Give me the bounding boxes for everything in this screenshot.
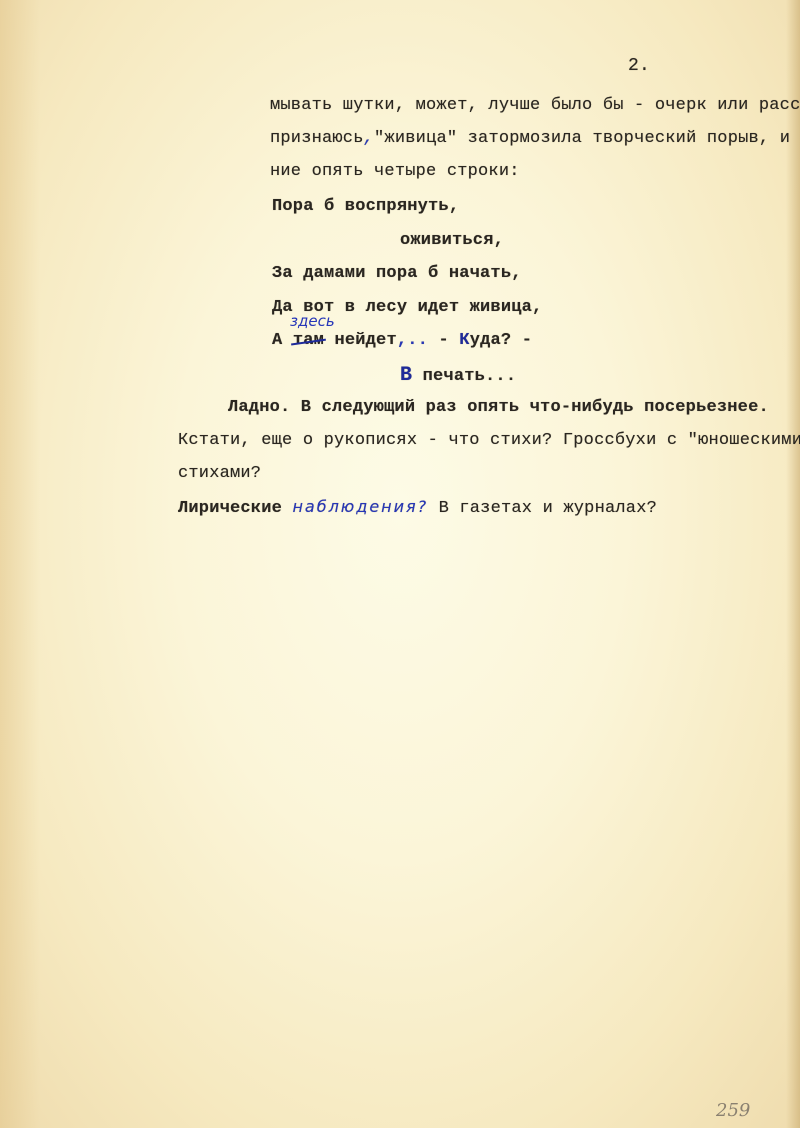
handwritten-dots: ,.. — [397, 331, 428, 350]
poem-line2: оживиться, — [400, 231, 504, 250]
handwritten-nabludeniya: наблюдения? — [292, 497, 428, 516]
archive-page-number: 259 — [716, 1100, 750, 1121]
document-page: 2. мывать шутки, может, лучше было бы - … — [0, 0, 800, 1128]
text-segment: уда? - — [470, 331, 532, 350]
text-segment: нейдет — [334, 331, 396, 350]
paragraph2-line4: Лирические наблюдения? В газетах и журна… — [178, 497, 657, 518]
paragraph2-line3: стихами? — [178, 464, 261, 483]
paper-edge-left — [0, 0, 40, 1128]
overwritten-letter-k: К — [459, 331, 469, 350]
text-segment: признаюсь — [270, 129, 364, 148]
page-number: 2. — [628, 56, 650, 76]
text-segment: А — [272, 331, 282, 350]
poem-line6: В печать... — [400, 364, 516, 387]
paragraph2-line1: Ладно. В следующий раз опять что-нибудь … — [228, 398, 769, 417]
handwritten-correction-zdes: здесь — [290, 312, 335, 330]
paragraph1-line1: мывать шутки, может, лучше было бы - оче… — [270, 96, 800, 115]
paper-edge-right — [786, 0, 800, 1128]
text-segment: печать... — [423, 367, 517, 386]
text-segment: - — [438, 331, 448, 350]
overwritten-letter-v: В — [400, 364, 412, 387]
text-segment: Лирические — [178, 499, 282, 518]
paragraph2-line2: Кстати, еще о рукописях - что стихи? Гро… — [178, 431, 800, 450]
text-segment: В газетах и журналах? — [439, 499, 657, 518]
poem-line3: За дамами пора б начать, — [272, 264, 522, 283]
poem-line5: А там нейдет,.. - Куда? - — [272, 331, 532, 350]
struck-word: там — [293, 331, 324, 350]
text-segment: "живица" затормозила творческий порыв, и… — [374, 129, 800, 148]
paragraph1-line3: ние опять четыре строки: — [270, 162, 520, 181]
poem-line1: Пора б воспрянуть, — [272, 197, 459, 216]
paragraph1-line2: признаюсь,"живица" затормозила творчески… — [270, 129, 800, 148]
handwritten-comma: , — [364, 129, 374, 148]
